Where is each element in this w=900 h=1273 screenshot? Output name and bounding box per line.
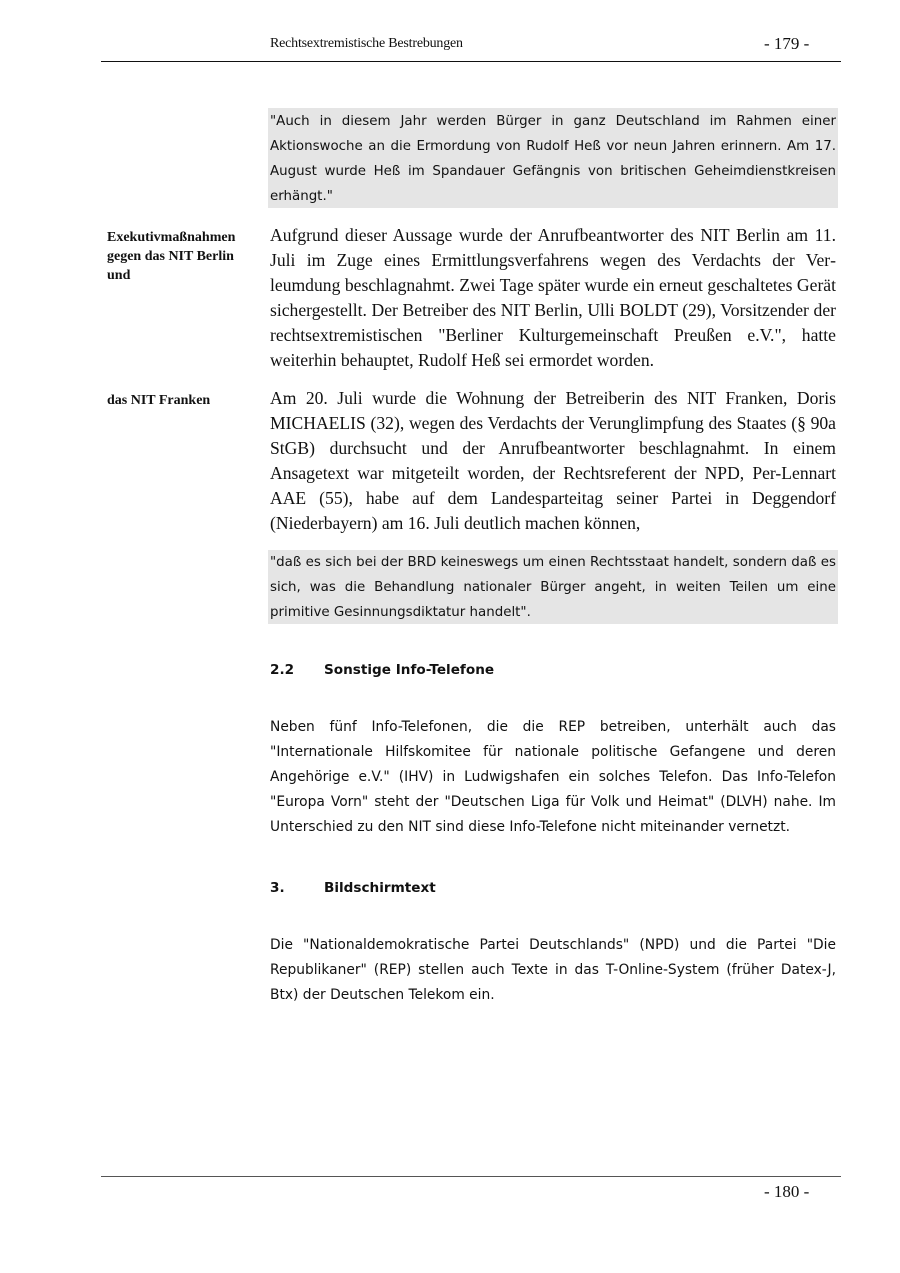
margin-note-nit-franken: das NIT Franken [107, 391, 257, 410]
footer-page-number: - 180 - [764, 1182, 809, 1202]
section-number: 2.2 [270, 662, 324, 678]
paragraph-bildschirmtext: Die "Nationaldemokratische Partei Deutsc… [270, 933, 836, 1008]
footer-rule [101, 1176, 841, 1177]
section-title: Bildschirmtext [324, 880, 436, 896]
section-number: 3. [270, 880, 324, 896]
quote-block-hess: "Auch in diesem Jahr werden Bürger in ga… [268, 108, 838, 208]
header-page-number: - 179 - [764, 34, 809, 54]
quote-text: "daß es sich bei der BRD keineswegs um e… [270, 550, 836, 625]
document-page: Rechtsextremistische Bestrebungen - 179 … [0, 0, 900, 1273]
section-title: Sonstige Info-Telefone [324, 662, 494, 678]
paragraph-nit-berlin: Aufgrund dieser Aussage wurde der Anrufb… [270, 223, 836, 373]
margin-note-executive-measures: Exekutivmaßnahmen gegen das NIT Berlin u… [107, 228, 257, 285]
header-rule [101, 61, 841, 62]
section-heading-2-2: 2.2Sonstige Info-Telefone [270, 662, 494, 678]
paragraph-info-telefone: Neben fünf Info-Telefonen, die die REP b… [270, 715, 836, 840]
quote-text: "Auch in diesem Jahr werden Bürger in ga… [270, 109, 836, 209]
running-header-title: Rechtsextremistische Bestrebungen [270, 36, 463, 52]
quote-block-npd: "daß es sich bei der BRD keineswegs um e… [268, 550, 838, 624]
paragraph-nit-franken: Am 20. Juli wurde die Wohnung der Betrei… [270, 386, 836, 536]
section-heading-3: 3.Bildschirmtext [270, 880, 436, 896]
